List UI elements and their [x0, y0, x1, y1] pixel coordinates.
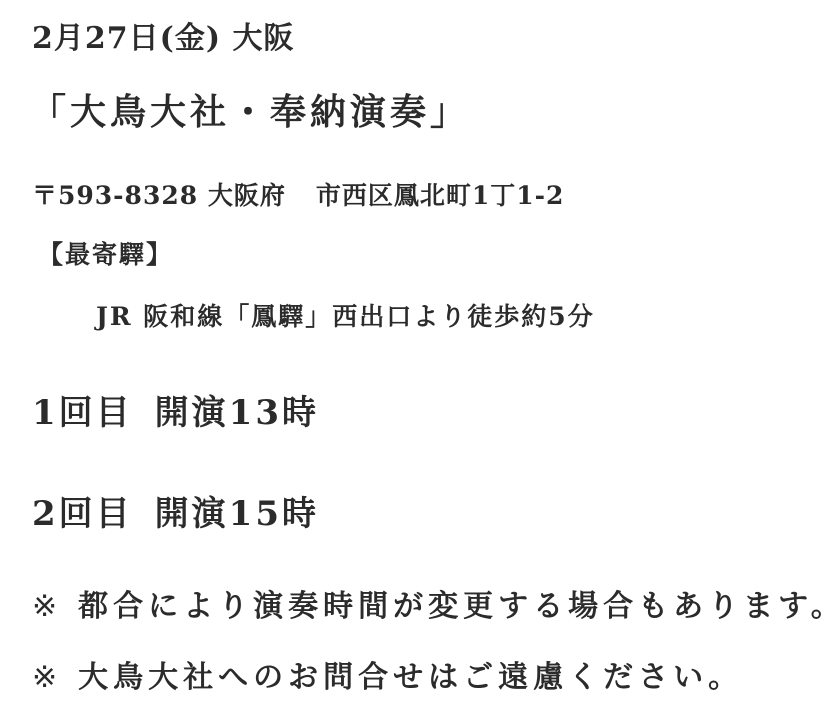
- nearest-station-label: 【最寄驛】: [38, 242, 173, 267]
- note-2: ※大鳥大社へのお問合せはご遠慮ください。: [32, 663, 743, 693]
- event-date-location: 2月27日(金) 大阪: [32, 24, 294, 54]
- performance-1: 1回目開演13時: [32, 396, 319, 430]
- performance-start: 開演15時: [155, 494, 319, 534]
- note-text: 都合により演奏時間が変更する場合もあります。: [78, 589, 826, 624]
- performance-number: 2回目: [32, 494, 133, 534]
- postal-code: 〒593-8328: [32, 181, 198, 210]
- reference-mark-icon: ※: [32, 592, 62, 622]
- note-text: 大鳥大社へのお問合せはご遠慮ください。: [78, 660, 743, 695]
- performance-number: 1回目: [32, 393, 133, 433]
- event-title: 「大鳥大社・奉納演奏」: [30, 94, 470, 130]
- performance-2: 2回目開演15時: [32, 497, 319, 531]
- address-rest: 市西区鳳北町1丁1-2: [316, 181, 565, 210]
- prefecture: 大阪府: [208, 181, 286, 210]
- reference-mark-icon: ※: [32, 663, 62, 693]
- note-1: ※都合により演奏時間が変更する場合もあります。: [32, 592, 826, 622]
- nearest-station-access: JR 阪和線「鳳驛」西出口より徒歩約5分: [96, 304, 595, 329]
- performance-start: 開演13時: [155, 393, 319, 433]
- event-address: 〒593-8328 大阪府市西区鳳北町1丁1-2: [32, 183, 564, 208]
